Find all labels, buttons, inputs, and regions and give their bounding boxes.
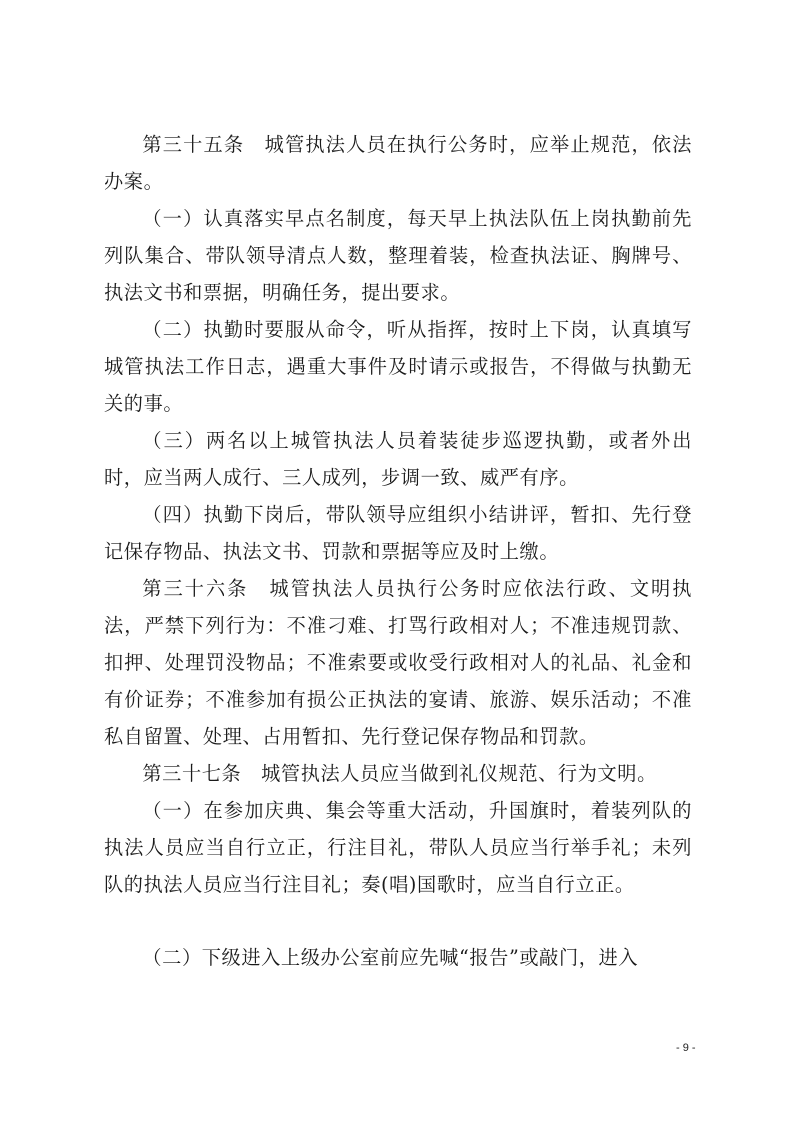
page-number: - 9 - [676, 1042, 696, 1054]
article-36: 第三十六条 城管执法人员执行公务时应依法行政、文明执法，严禁下列行为：不准刁难、… [104, 570, 692, 755]
article-37-item-1: （一）在参加庆典、集会等重大活动，升国旗时，着装列队的执法人员应当自行立正，行注… [104, 792, 692, 903]
article-35: 第三十五条 城管执法人员在执行公务时，应举止规范，依法办案。 [104, 126, 692, 200]
article-35-item-1: （一）认真落实早点名制度，每天早上执法队伍上岗执勤前先列队集合、带队领导清点人数… [104, 200, 692, 311]
article-35-item-3: （三）两名以上城管执法人员着装徒步巡逻执勤，或者外出时，应当两人成行、三人成列，… [104, 422, 692, 496]
article-35-item-2: （二）执勤时要服从命令，听从指挥，按时上下岗，认真填写城管执法工作日志，遇重大事… [104, 311, 692, 422]
document-page: 第三十五条 城管执法人员在执行公务时，应举止规范，依法办案。 （一）认真落实早点… [0, 0, 793, 1122]
document-body: 第三十五条 城管执法人员在执行公务时，应举止规范，依法办案。 （一）认真落实早点… [104, 126, 692, 976]
article-37-item-2: （二）下级进入上级办公室前应先喊“报告”或敲门，进入 [104, 939, 692, 976]
article-37: 第三十七条 城管执法人员应当做到礼仪规范、行为文明。 [104, 755, 692, 792]
article-35-item-4: （四）执勤下岗后，带队领导应组织小结讲评，暂扣、先行登记保存物品、执法文书、罚款… [104, 496, 692, 570]
